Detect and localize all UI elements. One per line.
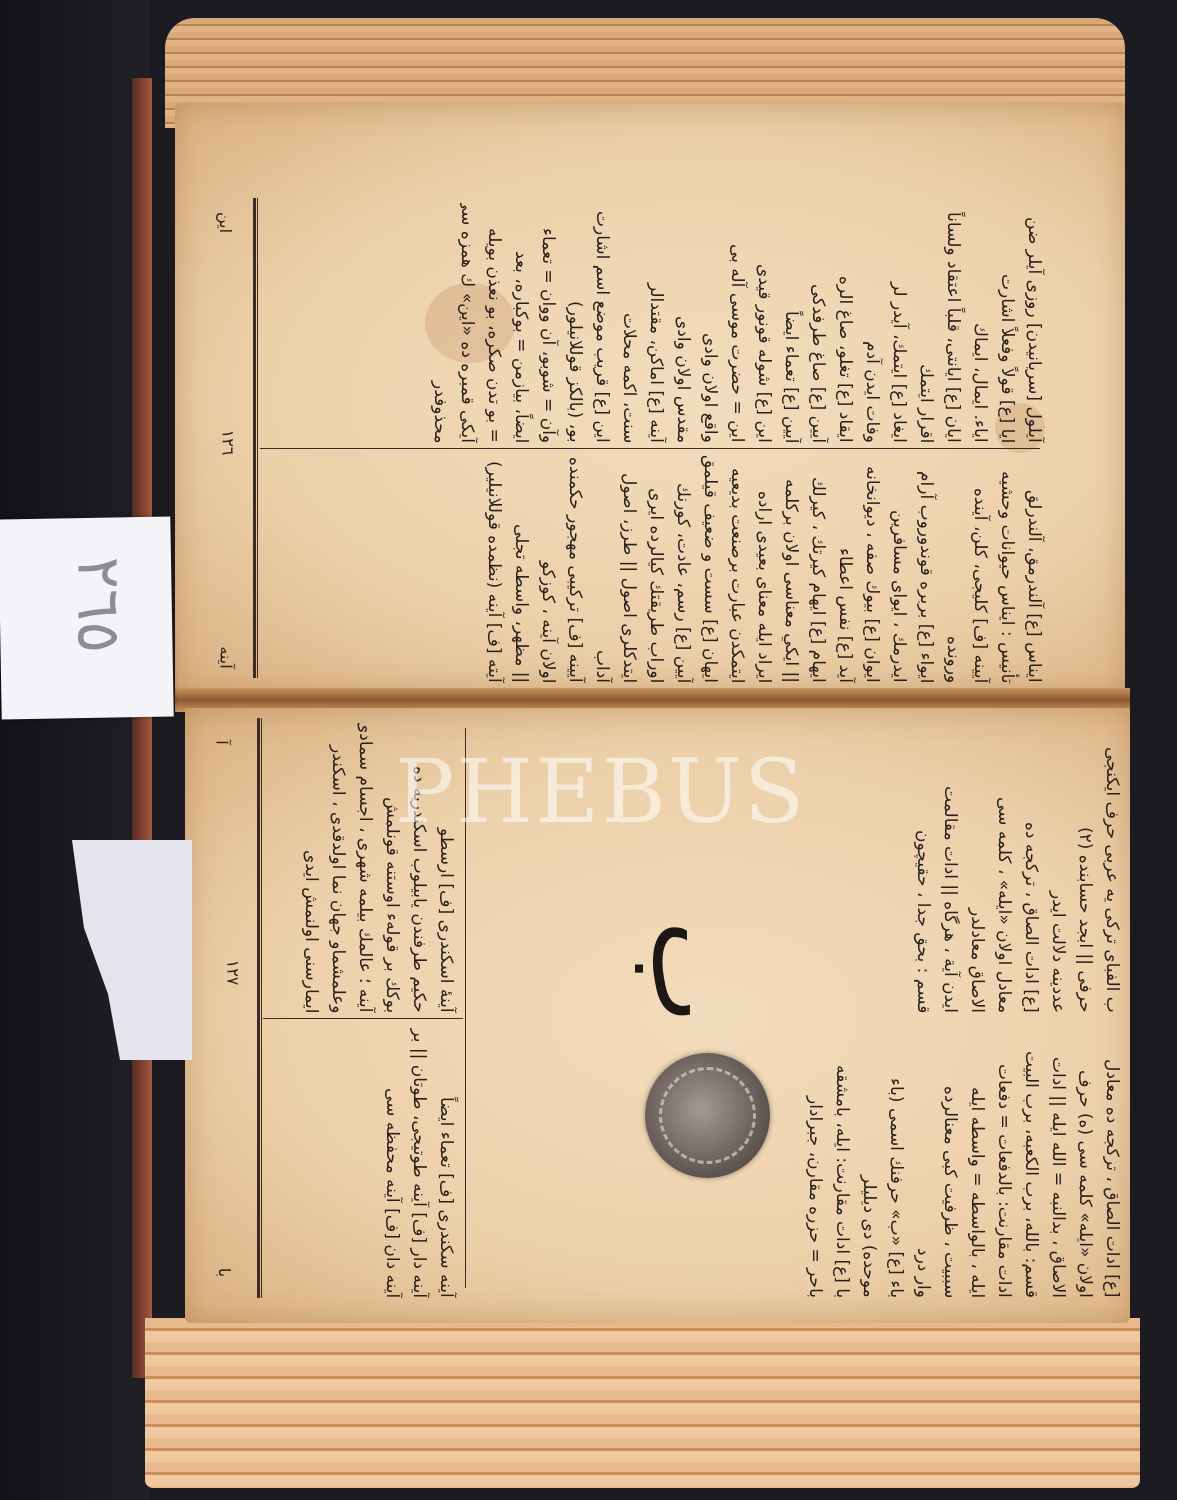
book-spine: [132, 78, 152, 1378]
coin-illustration: [645, 1053, 770, 1178]
column-divider: [263, 1018, 463, 1019]
page-header-right: آينه: [217, 646, 236, 668]
page-number: ١٢٧: [223, 960, 242, 986]
header-rule: [253, 198, 256, 678]
page-edges-bottom: [145, 1318, 1140, 1488]
header-rule: [261, 718, 262, 1298]
page-header-right: با: [215, 1268, 234, 1277]
page-number: ١٢٦: [218, 430, 237, 456]
watermark: PHEBUS: [395, 740, 806, 843]
dark-background: [0, 0, 150, 1500]
page-header-left: آ: [213, 740, 232, 744]
dictionary-column-right: ايناس [ع] آلندرمق، آلندرلق تأنيس : ايناس…: [267, 453, 1047, 683]
column-divider: [260, 448, 1040, 449]
dictionary-column-right-b: [ع] ادات الصاق ، تركجه ده معادلاولان «اي…: [745, 1028, 1125, 1298]
section-letter: ب: [628, 920, 756, 1024]
page-header-left: اين: [216, 212, 235, 233]
dictionary-column-left: آيلول [سريانيدن] روزى آيلر ضن ایا [ع] قو…: [267, 203, 1047, 443]
header-rule: [257, 718, 260, 1298]
dictionary-column-right: آينه سكندرى [ف] تعماء ايضاً آينه دار [ف]…: [269, 1028, 459, 1298]
handwritten-label-number: ٢٦٥: [63, 557, 133, 654]
upper-page: اين ١٢٦ آينه آيلول [سريانيدن] روزى آيلر …: [175, 103, 1125, 693]
header-rule: [257, 198, 258, 678]
